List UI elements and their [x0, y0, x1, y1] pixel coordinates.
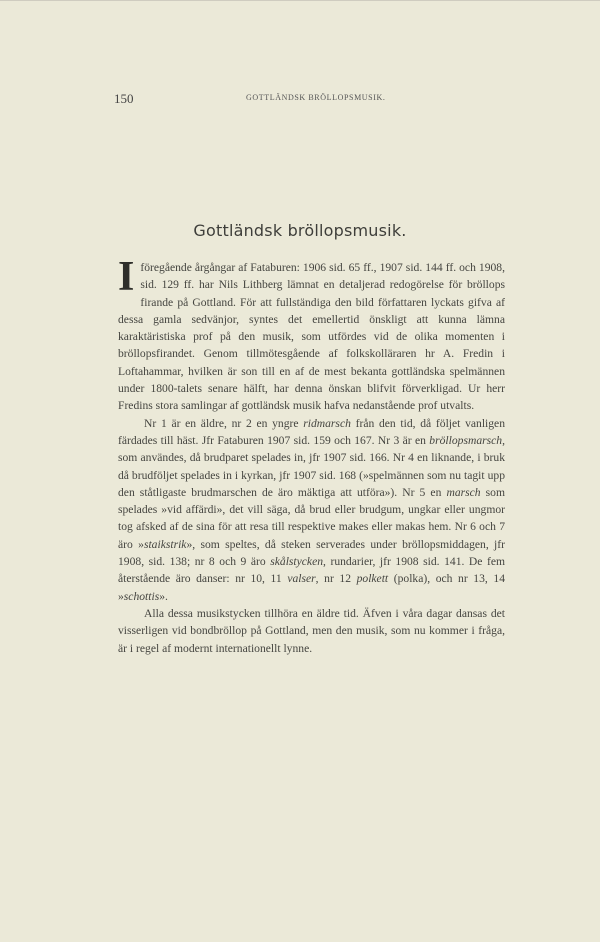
running-head: 150 Gottländsk bröllopsmusik.	[114, 91, 504, 107]
running-title: Gottländsk bröllopsmusik.	[246, 93, 385, 102]
italic-term: skålstycken	[270, 555, 323, 568]
italic-term: staikstrik	[144, 538, 187, 551]
paragraph-2: Nr 1 är en äldre, nr 2 en yngre ridmarsc…	[118, 415, 505, 605]
text-segment: ».	[159, 590, 168, 603]
dropcap: I	[118, 260, 134, 294]
italic-term: marsch	[446, 486, 480, 499]
italic-term: ridmarsch	[303, 417, 351, 430]
article-body: I föregående årgångar af Fataburen: 1906…	[118, 259, 505, 657]
italic-term: bröllopsmarsch	[429, 434, 502, 447]
paragraph-1: I föregående årgångar af Fataburen: 1906…	[118, 259, 505, 415]
paragraph-1-text: föregående årgångar af Fataburen: 1906 s…	[118, 261, 505, 412]
text-segment: , nr 12	[316, 572, 357, 585]
page-number: 150	[114, 91, 134, 107]
italic-term: valser	[287, 572, 315, 585]
text-segment: Nr 1 är en äldre, nr 2 en yngre	[144, 417, 303, 430]
italic-term: polkett	[357, 572, 389, 585]
article-title: Gottländsk bröllopsmusik.	[0, 221, 600, 240]
document-page: 150 Gottländsk bröllopsmusik. Gottländsk…	[0, 0, 600, 942]
paragraph-3: Alla dessa musikstycken tillhöra en äldr…	[118, 605, 505, 657]
italic-term: schottis	[124, 590, 159, 603]
